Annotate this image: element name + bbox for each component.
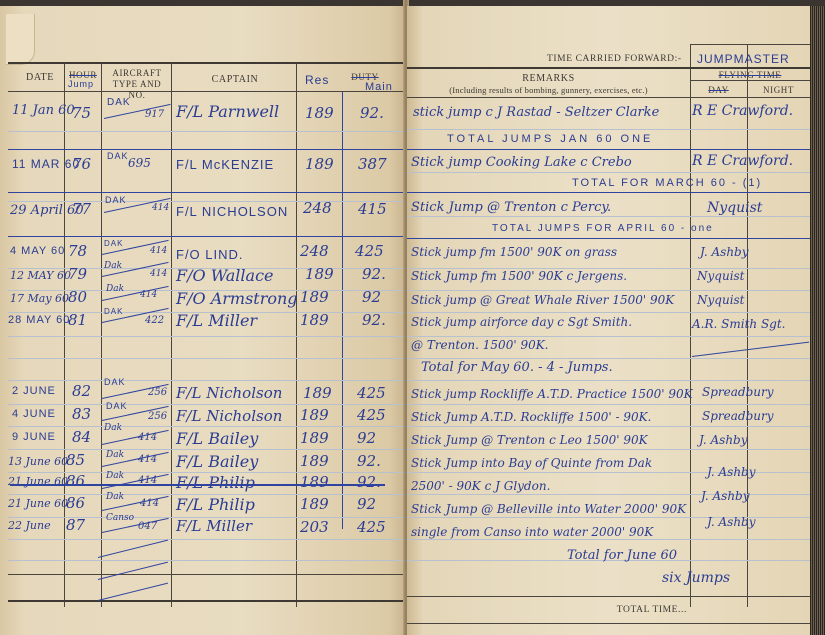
row-aircraft-type: DAK — [107, 98, 131, 108]
row-aircraft-type: DAK — [104, 240, 123, 248]
row-aircraft-type: DAK — [105, 196, 127, 205]
row-jump-number: 86 — [66, 474, 85, 489]
row-aircraft-no: 414 — [140, 499, 159, 509]
jumpmaster-signature: Nyquist — [697, 270, 745, 282]
jumpmaster-signature: Nyquist — [707, 201, 762, 215]
remark-text: Stick jump fm 1500' 90K on grass — [411, 246, 617, 258]
row-res: 189 — [305, 106, 334, 121]
header-remarks-subtitle: (Including results of bombing, gunnery, … — [407, 85, 690, 96]
header-remarks: Remarks — [407, 73, 690, 84]
row-aircraft-no: 917 — [145, 110, 164, 120]
jumpmaster-signature: J. Ashby — [707, 466, 756, 478]
row-jump-number: 80 — [68, 290, 87, 305]
row-date: 11 MAR 60 — [12, 158, 80, 170]
jumpmaster-signature: R E Crawford. — [692, 154, 793, 168]
jumpmaster-signature: A.R. Smith Sgt. — [692, 318, 786, 330]
row-aircraft-type: Dak — [106, 285, 124, 294]
empty-row-slash — [98, 540, 168, 558]
row-date: 17 May 60 — [10, 293, 69, 304]
row-captain: F/L Nicholson — [176, 409, 282, 424]
row-captain: F/O Armstrong — [176, 291, 298, 307]
col-divider-date — [64, 63, 65, 607]
page-edges — [810, 6, 825, 635]
row-date: 2 JUNE — [12, 386, 56, 397]
row-date: 4 JUNE — [12, 409, 56, 420]
faint-rule — [407, 172, 810, 173]
footer-thick-rule — [8, 600, 405, 602]
row-jump-number: 78 — [68, 244, 87, 259]
faint-rule — [407, 358, 810, 359]
col-divider-hour — [101, 63, 102, 607]
jumpmaster-signature: Spreadbury — [702, 386, 774, 398]
jumpmaster-signature: Nyquist — [697, 294, 745, 306]
row-aircraft-no: 422 — [145, 316, 164, 326]
faint-rule — [407, 426, 810, 427]
row-aircraft-type: DAK — [104, 308, 123, 316]
header-bottom-rule — [8, 91, 405, 92]
monthly-total: TOTAL JUMPS FOR APRIL 60 - one — [492, 224, 714, 234]
row-date: 13 June 60 — [8, 456, 68, 467]
col-divider-captain — [296, 63, 297, 607]
row-captain: F/L Miller — [176, 313, 257, 329]
monthly-total: Total for May 60. - 4 - Jumps. — [421, 361, 613, 374]
footer-rule — [407, 596, 810, 597]
row-captain: F/O LIND. — [176, 248, 244, 261]
empty-row-slash — [98, 562, 168, 580]
row-main: 92. — [362, 313, 386, 328]
monthly-total: TOTAL JUMPS JAN 60 ONE — [447, 134, 653, 145]
row-res: 248 — [303, 201, 332, 216]
row-main: 92. — [362, 267, 386, 282]
footer-bottom-rule — [407, 623, 810, 624]
remark-text: @ Trenton. 1500' 90K. — [411, 339, 549, 351]
row-res: 189 — [300, 454, 329, 469]
faint-rule — [8, 336, 405, 337]
ink-month-separator — [8, 149, 405, 150]
row-res: 189 — [300, 290, 329, 305]
row-jump-number: 87 — [66, 518, 85, 533]
row-res: 189 — [305, 157, 334, 172]
row-aircraft-no: 256 — [148, 388, 167, 398]
row-res: 189 — [300, 408, 329, 423]
right-page: Time Carried Forward:- JUMPMASTER Remark… — [407, 6, 810, 635]
row-jump-number: 85 — [66, 453, 85, 468]
empty-row-slash — [98, 583, 168, 601]
row-main: 425 — [357, 408, 386, 423]
faint-rule — [407, 129, 810, 130]
row-date: 28 MAY 60 — [8, 315, 70, 326]
header-date: Date — [18, 72, 62, 83]
remark-text: Stick jump airforce day c Sgt Smith. — [411, 316, 632, 328]
row-aircraft-type: Dak — [106, 493, 124, 502]
row-aircraft-no: 414 — [140, 291, 157, 300]
row-main: 387 — [358, 157, 387, 172]
header-jump-handwritten: Jump — [68, 80, 94, 89]
row-captain: F/L McKENZIE — [176, 158, 274, 171]
row-res: 189 — [300, 431, 329, 446]
header-night: Night — [747, 85, 810, 96]
left-page: Date Hour Jump Aircraft Type and No. Cap… — [0, 6, 406, 635]
row-aircraft-no: 414 — [150, 247, 167, 256]
row-jump-number: 77 — [72, 202, 91, 217]
row-aircraft-no: 047 — [138, 522, 157, 532]
row-aircraft-no: 695 — [128, 157, 151, 169]
faint-rule — [8, 131, 405, 132]
row-res: 189 — [303, 386, 332, 401]
row-captain: F/O Wallace — [176, 268, 274, 284]
col-divider-aircraft — [171, 63, 172, 607]
monthly-total: TOTAL FOR MARCH 60 - (1) — [572, 178, 762, 189]
row-jump-number: 86 — [66, 496, 85, 511]
row-aircraft-type: DAK — [107, 152, 129, 161]
header-main-handwritten: Main — [365, 82, 393, 93]
row-captain: F/L Bailey — [176, 454, 258, 470]
faint-rule — [407, 312, 810, 313]
header-res-handwritten: Res — [305, 74, 329, 86]
row-res: 189 — [305, 267, 334, 282]
row-captain: F/L Philip — [176, 475, 255, 491]
faint-rule — [407, 216, 810, 217]
faint-rule — [8, 449, 405, 450]
header-bottom-rule — [407, 97, 810, 98]
row-main: 425 — [355, 244, 384, 259]
row-aircraft-type: DAK — [104, 378, 126, 387]
remark-text: Stick Jump @ Trenton c Percy. — [411, 201, 611, 214]
folded-corner — [6, 14, 35, 65]
ink-month-separator — [407, 149, 810, 150]
row-main: 92 — [357, 497, 376, 512]
row-date: 4 MAY 60 — [10, 246, 65, 257]
row-res: 189 — [300, 497, 329, 512]
row-jump-number: 82 — [72, 384, 91, 399]
remark-text: Stick jump Cooking Lake c Crebo — [411, 156, 632, 169]
row-aircraft-no: 256 — [148, 412, 167, 422]
jumpmaster-handwritten: JUMPMASTER — [697, 53, 790, 65]
faint-rule — [8, 380, 405, 381]
time-box-top — [690, 44, 810, 45]
remark-text: Stick Jump A.T.D. Rockliffe 1500' - 90K. — [411, 411, 651, 423]
row-date: 9 JUNE — [12, 432, 56, 443]
row-aircraft-no: 414 — [138, 455, 157, 465]
row-captain: F/L Bailey — [176, 431, 258, 447]
jumpmaster-signature: J. Ashby — [707, 516, 756, 528]
row-jump-number: 81 — [68, 313, 87, 328]
row-date: 11 Jan 60 — [12, 104, 75, 117]
remark-text: stick jump c J Rastad - Seltzer Clarke — [413, 106, 659, 119]
row-date: 22 June — [8, 520, 51, 531]
row-main: 425 — [357, 520, 386, 535]
jumpmaster-signature: R E Crawford. — [692, 104, 793, 118]
faint-rule — [407, 404, 810, 405]
remark-text: Stick Jump @ Belleville into Water 2000'… — [411, 503, 686, 515]
faint-rule — [8, 404, 405, 405]
header-flying-time: Flying Time — [690, 70, 810, 81]
row-date: 21 June 60 — [8, 498, 68, 509]
time-carried-forward-label: Time Carried Forward:- — [547, 54, 697, 65]
header-top-rule — [407, 67, 810, 69]
total-time-label: Total Time... — [557, 605, 687, 616]
remark-text: Stick Jump fm 1500' 90K c Jergens. — [411, 270, 627, 282]
row-aircraft-type: Canso — [106, 514, 134, 523]
ink-month-separator — [407, 238, 810, 239]
faint-rule — [407, 380, 810, 381]
row-res: 189 — [300, 313, 329, 328]
faint-rule — [8, 560, 405, 561]
row-aircraft-no: 414 — [150, 270, 167, 279]
faint-rule — [407, 449, 810, 450]
row-main: 92. — [360, 106, 384, 121]
faint-rule — [407, 539, 810, 540]
row-captain: F/L Nicholson — [176, 386, 282, 401]
row-main: 92. — [357, 454, 381, 469]
faint-rule — [407, 336, 810, 337]
header-captain: Captain — [180, 74, 290, 85]
faint-rule — [8, 201, 405, 202]
ink-month-separator — [407, 192, 810, 193]
row-jump-number: 76 — [72, 157, 91, 172]
ink-divider-res-main — [342, 92, 343, 529]
strike-through-line — [10, 484, 385, 486]
row-aircraft-type: Dak — [106, 451, 124, 460]
remark-text: 2500' - 90K c J Glydon. — [411, 480, 550, 492]
row-aircraft-type: Dak — [104, 262, 122, 271]
row-res: 203 — [300, 520, 329, 535]
monthly-total: six Jumps — [662, 571, 730, 585]
row-main: 92 — [362, 290, 381, 305]
monthly-total: Total for June 60 — [567, 549, 677, 562]
ink-month-separator — [8, 236, 405, 237]
faint-rule — [8, 358, 405, 359]
row-jump-number: 84 — [72, 430, 91, 445]
row-captain: F/L Philip — [176, 497, 255, 513]
row-jump-number: 83 — [72, 407, 91, 422]
remark-text: Stick Jump @ Trenton c Leo 1500' 90K — [411, 434, 648, 446]
row-aircraft-no: 414 — [138, 433, 157, 443]
row-jump-number: 75 — [72, 106, 91, 121]
row-res: 248 — [300, 244, 329, 259]
ink-month-separator — [692, 342, 809, 357]
row-main: 415 — [358, 202, 387, 217]
row-res: 189 — [300, 475, 329, 490]
jumpmaster-signature: Spreadbury — [702, 410, 774, 422]
row-main: 425 — [357, 386, 386, 401]
remark-text: Stick jump Rockliffe A.T.D. Practice 150… — [411, 388, 693, 400]
ink-month-separator — [8, 192, 405, 193]
header-top-rule — [8, 62, 405, 64]
row-captain: F/L NICHOLSON — [176, 205, 288, 218]
row-captain: F/L Parnwell — [176, 104, 279, 120]
faint-rule — [8, 539, 405, 540]
row-jump-number: 79 — [68, 267, 87, 282]
row-main: 92 — [357, 431, 376, 446]
row-aircraft-type: Dak — [106, 472, 124, 481]
row-aircraft-type: Dak — [104, 424, 122, 433]
faint-rule — [407, 290, 810, 291]
row-main: 92. — [357, 475, 381, 490]
remark-text: Stick jump @ Great Whale River 1500' 90K — [411, 294, 674, 306]
jumpmaster-signature: J. Ashby — [700, 246, 749, 258]
row-aircraft-no: 414 — [152, 204, 169, 213]
header-day: Day — [690, 85, 747, 96]
row-captain: F/L Miller — [176, 519, 252, 534]
jumpmaster-signature: J. Ashby — [701, 490, 750, 502]
remark-text: Stick Jump into Bay of Quinte from Dak — [411, 457, 652, 469]
row-aircraft-type: DAK — [106, 402, 128, 411]
faint-rule — [8, 426, 405, 427]
jumpmaster-signature: J. Ashby — [699, 434, 748, 446]
remark-text: single from Canso into water 2000' 90K — [411, 526, 653, 538]
footer-rule — [8, 574, 405, 575]
row-date: 12 MAY 60 — [10, 270, 71, 281]
